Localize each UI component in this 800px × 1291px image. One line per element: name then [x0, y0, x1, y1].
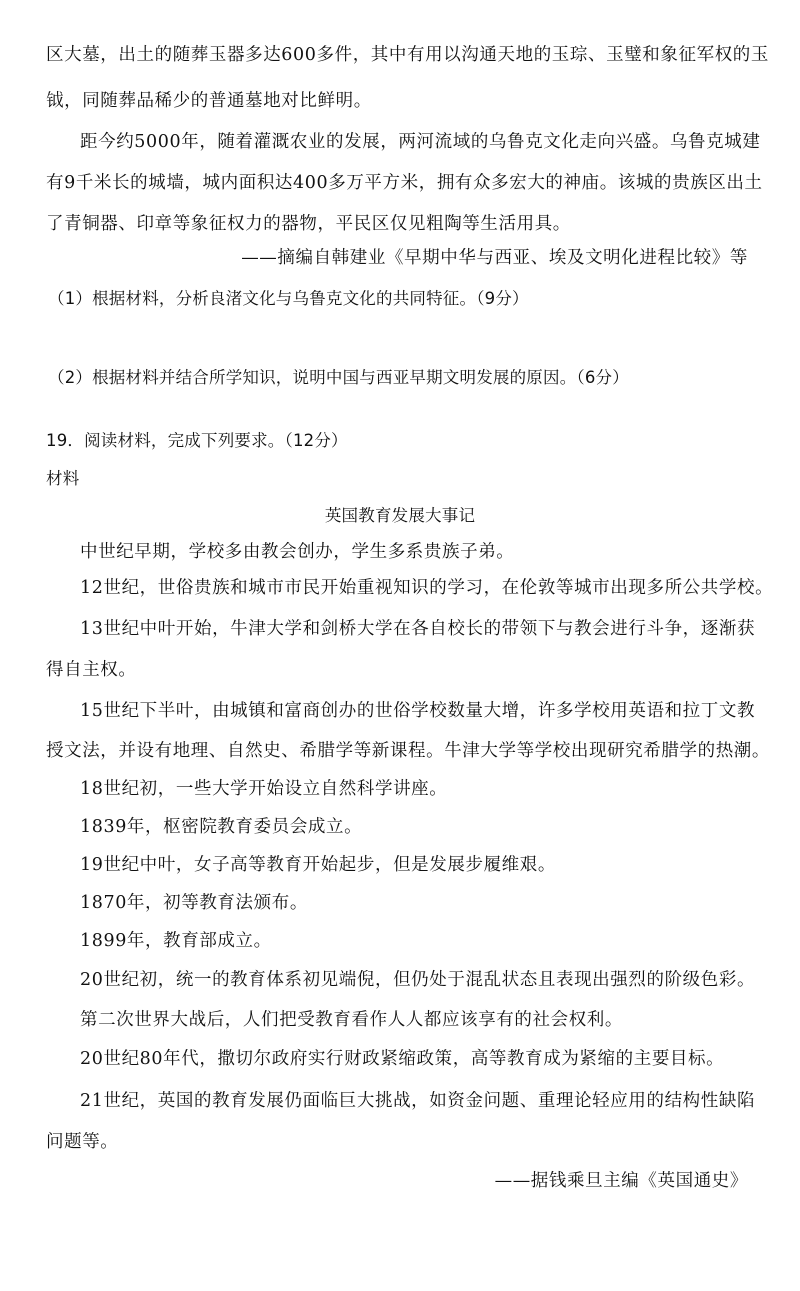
q19-entry-postwar: 第二次世界大战后，人们把受教育看作人人都应该享有的社会权利。	[80, 1009, 623, 1031]
q19-entry-21c-line-2: 问题等。	[46, 1131, 118, 1153]
q19-entry-20c-early: 20世纪初，统一的教育体系初见端倪，但仍处于混乱状态且表现出强烈的阶级色彩。	[80, 969, 752, 991]
q19-entry-1980s: 20世纪80年代，撒切尔政府实行财政紧缩政策，高等教育成为紧缩的主要目标。	[80, 1048, 724, 1070]
q19-table-title: 英国教育发展大事记	[0, 505, 800, 527]
q19-entry-medieval: 中世纪早期，学校多由教会创办，学生多系贵族子弟。	[80, 541, 514, 563]
material-a-line-1: 区大墓，出土的随葬玉器多达600多件，其中有用以沟通天地的玉琮、玉璧和象征军权的…	[46, 44, 752, 66]
q19-entry-18c: 18世纪初，一些大学开始设立自然科学讲座。	[80, 778, 447, 800]
material-a-source: ——摘编自韩建业《早期中华与西亚、埃及文明化进程比较》等	[241, 247, 748, 269]
material-a-line-4: 有9千米长的城墙，城内面积达400多万平方米，拥有众多宏大的神庙。该城的贵族区出…	[46, 172, 752, 194]
q19-entry-19c: 19世纪中叶，女子高等教育开始起步，但是发展步履维艰。	[80, 854, 556, 876]
q19-entry-13c-line-1: 13世纪中叶开始，牛津大学和剑桥大学在各自校长的带领下与教会进行斗争，逐渐获	[80, 618, 752, 640]
q18-subquestion-1: （1）根据材料，分析良渚文化与乌鲁克文化的共同特征。（9分）	[48, 288, 529, 310]
q19-source: ——据钱乘旦主编《英国通史》	[495, 1170, 748, 1192]
q19-material-label: 材料	[46, 468, 79, 490]
material-a-line-3: 距今约5000年，随着灌溉农业的发展，两河流域的乌鲁克文化走向兴盛。乌鲁克城建	[80, 131, 752, 153]
q19-entry-13c-line-2: 得自主权。	[46, 659, 137, 681]
material-a-line-2: 钺，同随葬品稀少的普通墓地对比鲜明。	[46, 90, 372, 112]
q19-entry-12c: 12世纪，世俗贵族和城市市民开始重视知识的学习，在伦敦等城市出现多所公共学校。	[80, 577, 752, 599]
q18-subquestion-2: （2）根据材料并结合所学知识，说明中国与西亚早期文明发展的原因。（6分）	[48, 367, 629, 389]
q19-entry-21c-line-1: 21世纪，英国的教育发展仍面临巨大挑战，如资金问题、重理论轻应用的结构性缺陷	[80, 1090, 752, 1112]
material-a-line-5: 了青铜器、印章等象征权力的器物，平民区仅见粗陶等生活用具。	[46, 213, 571, 235]
q19-entry-1870: 1870年，初等教育法颁布。	[80, 892, 308, 914]
q19-entry-1839: 1839年，枢密院教育委员会成立。	[80, 816, 362, 838]
q19-heading: 19．阅读材料，完成下列要求。（12分）	[46, 430, 348, 452]
q19-entry-1899: 1899年，教育部成立。	[80, 930, 272, 952]
q19-entry-15c-line-1: 15世纪下半叶，由城镇和富商创办的世俗学校数量大增，许多学校用英语和拉丁文教	[80, 700, 752, 722]
exam-page: 区大墓，出土的随葬玉器多达600多件，其中有用以沟通天地的玉琮、玉璧和象征军权的…	[0, 0, 800, 1291]
q19-entry-15c-line-2: 授文法，并设有地理、自然史、希腊学等新课程。牛津大学等学校出现研究希腊学的热潮。	[46, 740, 752, 762]
